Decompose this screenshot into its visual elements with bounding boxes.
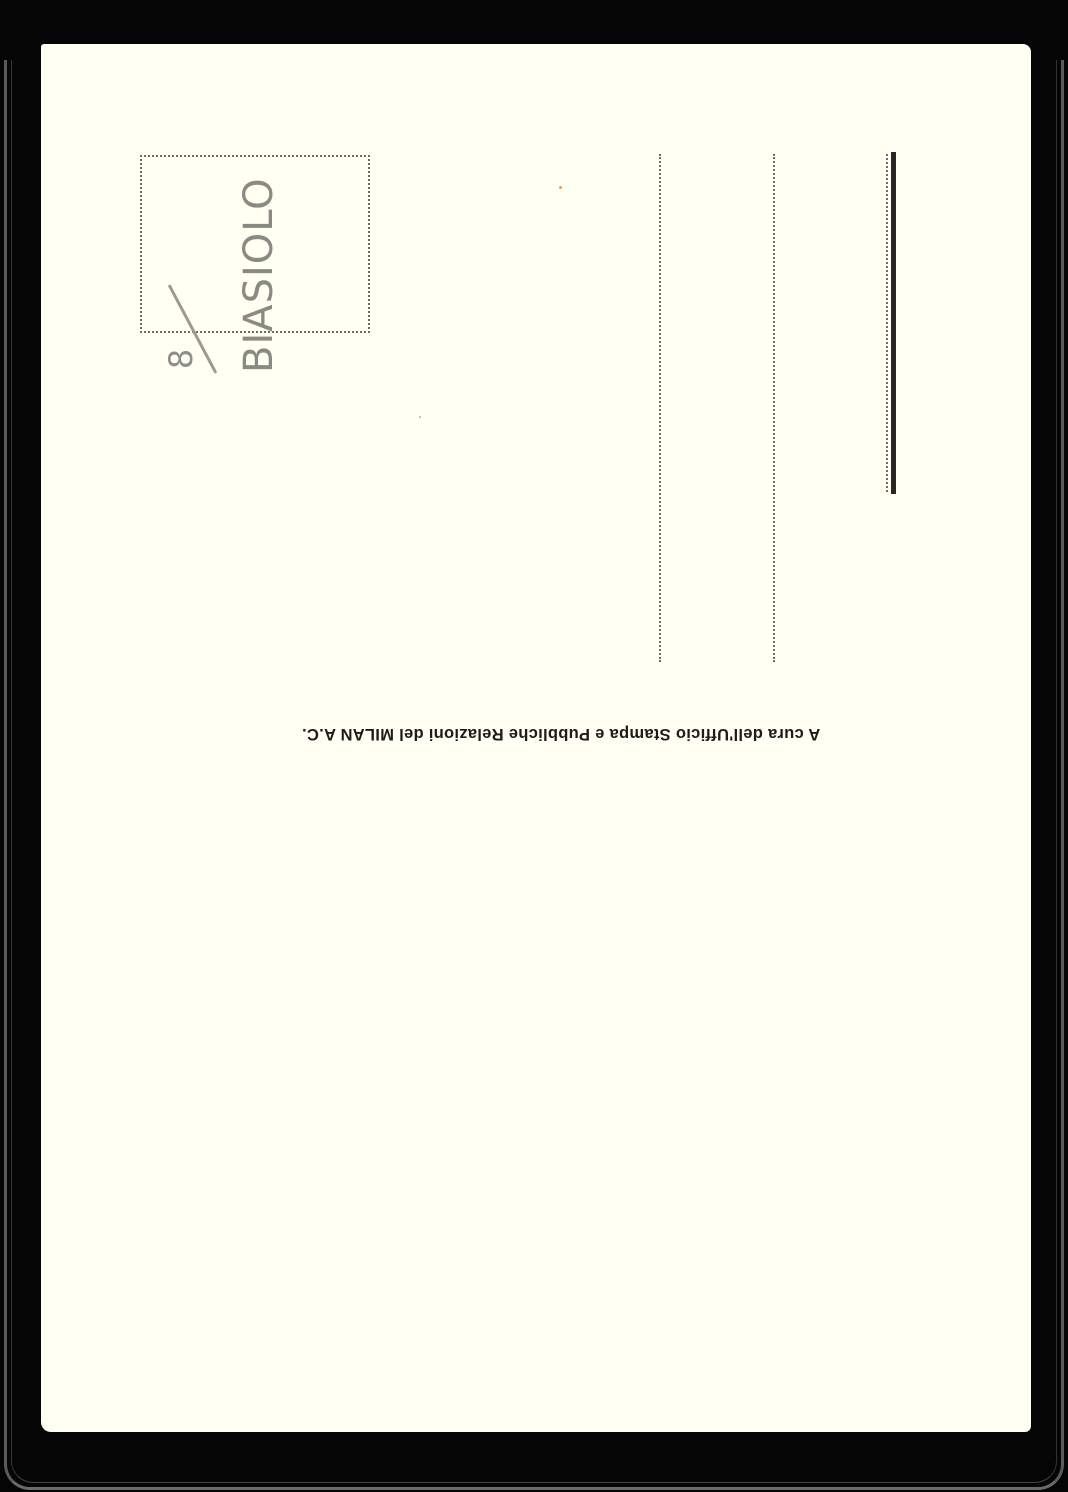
address-line-1 xyxy=(659,154,661,662)
divider-line xyxy=(891,152,896,494)
address-line-3 xyxy=(886,154,888,492)
address-line-2 xyxy=(773,154,775,662)
postcard-back: 8 BIASIOLO A cura dell'Ufficio Stampa e … xyxy=(41,44,1031,1432)
paper-speck xyxy=(419,416,421,418)
handwritten-number: 8 xyxy=(162,349,200,369)
paper-speck xyxy=(559,186,562,189)
credit-line: A cura dell'Ufficio Stampa e Pubbliche R… xyxy=(216,724,906,743)
handwritten-name: BIASIOLO xyxy=(236,173,282,373)
